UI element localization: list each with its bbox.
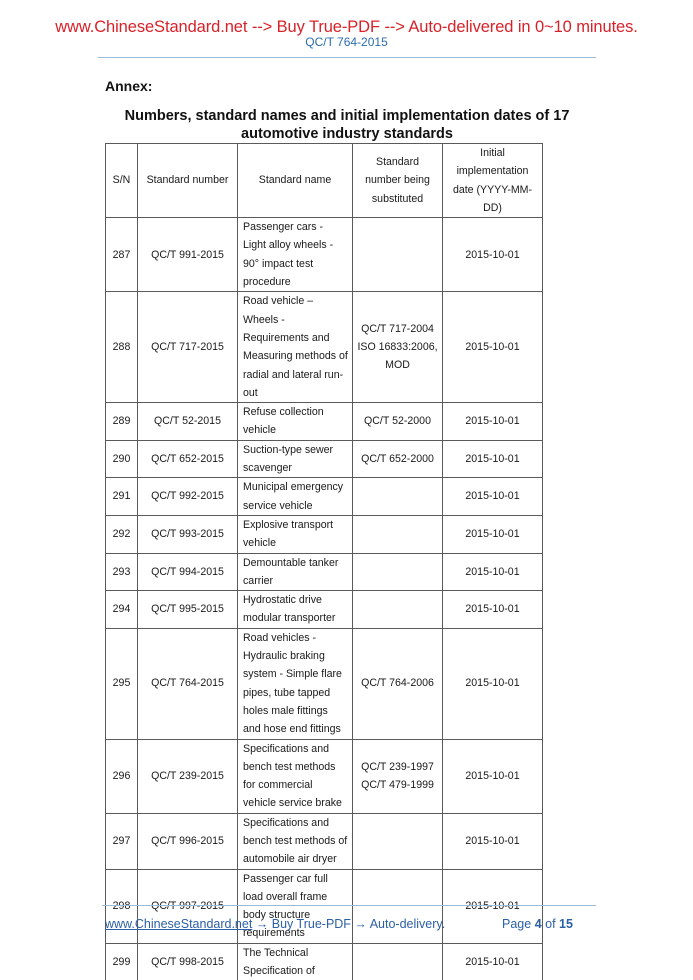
cell-sn: 291 [106,478,138,516]
cell-substituted [353,813,443,869]
cell-standard-number: QC/T 239-2015 [138,739,238,813]
cell-sn: 293 [106,553,138,591]
cell-standard-number: QC/T 998-2015 [138,943,238,980]
cell-substituted: QC/T 239-1997 QC/T 479-1999 [353,739,443,813]
cell-standard-number: QC/T 717-2015 [138,292,238,403]
table-row: 292QC/T 993-2015Explosive transport vehi… [106,515,543,553]
cell-implementation-date: 2015-10-01 [443,478,543,516]
cell-implementation-date: 2015-10-01 [443,628,543,739]
cell-implementation-date: 2015-10-01 [443,943,543,980]
cell-standard-name: Municipal emergency service vehicle [238,478,353,516]
cell-sn: 299 [106,943,138,980]
table-row: 298QC/T 997-2015Passenger car full load … [106,869,543,943]
cell-implementation-date: 2015-10-01 [443,739,543,813]
cell-sn: 295 [106,628,138,739]
cell-standard-number: QC/T 764-2015 [138,628,238,739]
column-header-sn: S/N [106,144,138,218]
table-row: 289QC/T 52-2015Refuse collection vehicle… [106,403,543,441]
cell-standard-number: QC/T 996-2015 [138,813,238,869]
cell-standard-name: Demountable tanker carrier [238,553,353,591]
footer-site-link[interactable]: www.ChineseStandard.net [105,917,252,931]
cell-standard-name: Specifications and bench test methods fo… [238,739,353,813]
cell-substituted [353,591,443,629]
cell-substituted: QC/T 717-2004 ISO 16833:2006, MOD [353,292,443,403]
cell-substituted [353,515,443,553]
cell-standard-number: QC/T 997-2015 [138,869,238,943]
cell-implementation-date: 2015-10-01 [443,869,543,943]
cell-substituted: QC/T 52-2000 [353,403,443,441]
cell-standard-name: Refuse collection vehicle [238,403,353,441]
cell-sn: 294 [106,591,138,629]
cell-implementation-date: 2015-10-01 [443,403,543,441]
table-row: 288QC/T 717-2015Road vehicle – Wheels - … [106,292,543,403]
standards-table: S/N Standard number Standard name Standa… [105,143,543,980]
cell-standard-number: QC/T 991-2015 [138,218,238,292]
cell-standard-number: QC/T 52-2015 [138,403,238,441]
table-row: 293QC/T 994-2015Demountable tanker carri… [106,553,543,591]
cell-substituted: QC/T 652-2000 [353,440,443,478]
cell-standard-name: Specifications and bench test methods of… [238,813,353,869]
table-row: 297QC/T 996-2015Specifications and bench… [106,813,543,869]
cell-standard-number: QC/T 993-2015 [138,515,238,553]
cell-sn: 292 [106,515,138,553]
page-label: Page [502,917,531,931]
column-header-standard-number: Standard number [138,144,238,218]
cell-standard-name: Passenger cars - Light alloy wheels - 90… [238,218,353,292]
cell-implementation-date: 2015-10-01 [443,553,543,591]
table-row: 294QC/T 995-2015Hydrostatic drive modula… [106,591,543,629]
cell-substituted [353,553,443,591]
cell-substituted [353,218,443,292]
cell-substituted: QC/T 764-2006 [353,628,443,739]
cell-sn: 297 [106,813,138,869]
column-header-implementation-date: Initial implementation date (YYYY-MM-DD) [443,144,543,218]
header-divider [98,57,596,58]
cell-implementation-date: 2015-10-01 [443,591,543,629]
cell-substituted [353,943,443,980]
document-code: QC/T 764-2015 [0,35,693,49]
cell-sn: 288 [106,292,138,403]
cell-sn: 290 [106,440,138,478]
annex-heading: Annex: [105,78,152,94]
page-of-label: of [545,917,555,931]
cell-standard-name: Road vehicle – Wheels - Requirements and… [238,292,353,403]
table-title: Numbers, standard names and initial impl… [98,107,596,143]
table-row: 299QC/T 998-2015The Technical Specificat… [106,943,543,980]
cell-standard-number: QC/T 652-2015 [138,440,238,478]
cell-standard-name: Passenger car full load overall frame bo… [238,869,353,943]
column-header-substituted: Standard number being substituted [353,144,443,218]
cell-implementation-date: 2015-10-01 [443,813,543,869]
cell-implementation-date: 2015-10-01 [443,515,543,553]
cell-standard-name: Road vehicles - Hydraulic braking system… [238,628,353,739]
cell-substituted [353,478,443,516]
cell-standard-name: Explosive transport vehicle [238,515,353,553]
page-indicator: Page 4 of 15 [502,917,573,931]
cell-implementation-date: 2015-10-01 [443,292,543,403]
cell-implementation-date: 2015-10-01 [443,218,543,292]
footer-promo: www.ChineseStandard.net → Buy True-PDF →… [105,917,445,931]
cell-sn: 298 [106,869,138,943]
cell-sn: 287 [106,218,138,292]
footer-divider [102,905,596,906]
cell-standard-number: QC/T 994-2015 [138,553,238,591]
column-header-standard-name: Standard name [238,144,353,218]
cell-standard-name: Hydrostatic drive modular transporter [238,591,353,629]
table-header-row: S/N Standard number Standard name Standa… [106,144,543,218]
table-row: 295QC/T 764-2015Road vehicles - Hydrauli… [106,628,543,739]
cell-standard-name: The Technical Specification of [238,943,353,980]
table-row: 287QC/T 991-2015Passenger cars - Light a… [106,218,543,292]
table-row: 296QC/T 239-2015Specifications and bench… [106,739,543,813]
cell-standard-number: QC/T 995-2015 [138,591,238,629]
cell-standard-name: Suction-type sewer scavenger [238,440,353,478]
cell-sn: 296 [106,739,138,813]
footer-promo-text: → Buy True-PDF → Auto-delivery. [252,917,445,931]
cell-substituted [353,869,443,943]
table-row: 290QC/T 652-2015Suction-type sewer scave… [106,440,543,478]
cell-sn: 289 [106,403,138,441]
page-current: 4 [535,917,542,931]
table-row: 291QC/T 992-2015Municipal emergency serv… [106,478,543,516]
page-total: 15 [559,917,573,931]
cell-standard-number: QC/T 992-2015 [138,478,238,516]
cell-implementation-date: 2015-10-01 [443,440,543,478]
